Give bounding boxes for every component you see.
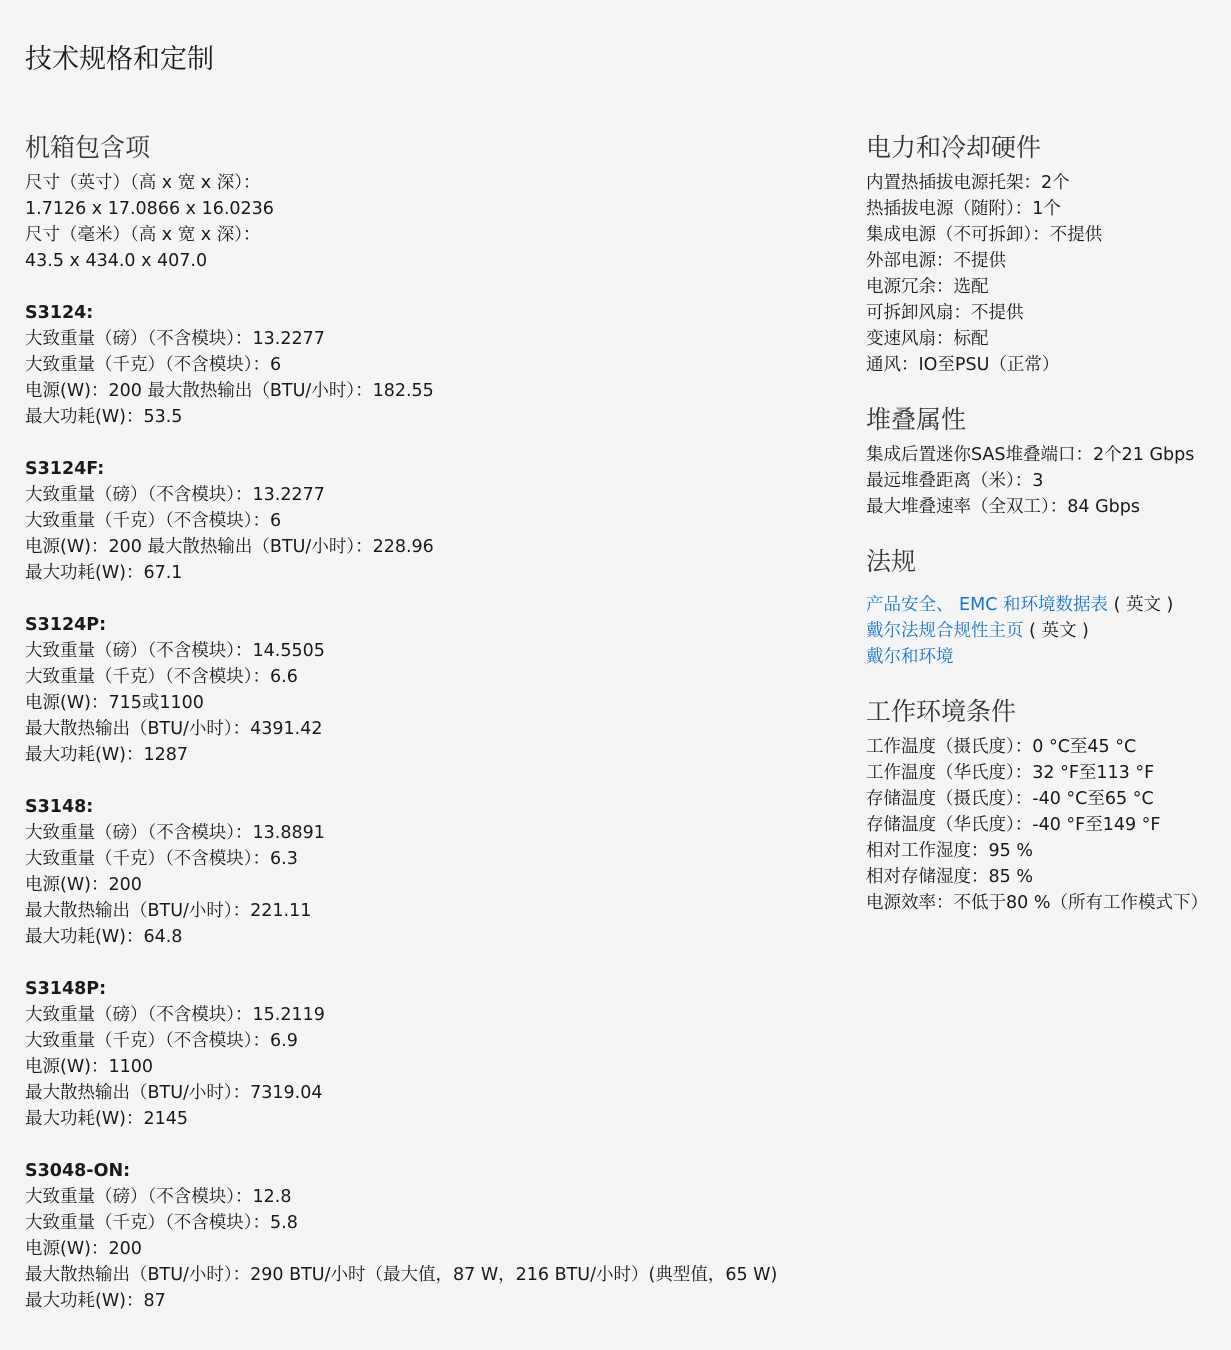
stacking-title: 堆叠属性 bbox=[866, 402, 1231, 438]
model-name: S3048-ON: bbox=[25, 1158, 845, 1184]
page-title: 技术规格和定制 bbox=[25, 40, 214, 80]
dimensions-mm-value: 43.5 x 434.0 x 407.0 bbox=[25, 248, 845, 274]
spec-line: 最大堆叠速率（全双工）：84 Gbps bbox=[866, 494, 1231, 520]
spec-line: 最远堆叠距离（米）：3 bbox=[866, 468, 1231, 494]
dimensions-block: 尺寸（英寸）（高 x 宽 x 深）： 1.7126 x 17.0866 x 16… bbox=[25, 170, 845, 274]
right-column: 电力和冷却硬件 内置热插拔电源托架：2个 热插拔电源（随附）：1个 集成电源（不… bbox=[866, 130, 1231, 940]
spec-line: 最大功耗(W)：67.1 bbox=[25, 560, 845, 586]
dimensions-inch-value: 1.7126 x 17.0866 x 16.0236 bbox=[25, 196, 845, 222]
spec-line: 大致重量（千克）（不含模块）：6.6 bbox=[25, 664, 845, 690]
model-name: S3124P: bbox=[25, 612, 845, 638]
model-s3048-on: S3048-ON: 大致重量（磅）（不含模块）：12.8 大致重量（千克）（不含… bbox=[25, 1158, 845, 1314]
spec-line: 电源(W)：200 bbox=[25, 872, 845, 898]
model-s3148: S3148: 大致重量（磅）（不含模块）：13.8891 大致重量（千克）（不含… bbox=[25, 794, 845, 950]
chassis-column: 机箱包含项 尺寸（英寸）（高 x 宽 x 深）： 1.7126 x 17.086… bbox=[25, 130, 845, 1340]
model-s3148p: S3148P: 大致重量（磅）（不含模块）：15.2119 大致重量（千克）（不… bbox=[25, 976, 845, 1132]
model-s3124p: S3124P: 大致重量（磅）（不含模块）：14.5505 大致重量（千克）（不… bbox=[25, 612, 845, 768]
spec-line: 大致重量（千克）（不含模块）：6.3 bbox=[25, 846, 845, 872]
spec-line: 通风：IO至PSU（正常） bbox=[866, 352, 1231, 378]
spec-line: 电源(W)：715或1100 bbox=[25, 690, 845, 716]
spec-line: 大致重量（磅）（不含模块）：13.8891 bbox=[25, 820, 845, 846]
spec-line: 最大功耗(W)：87 bbox=[25, 1288, 845, 1314]
regulatory-item: 戴尔和环境 bbox=[866, 644, 1231, 670]
spec-line: 大致重量（千克）（不含模块）：6 bbox=[25, 352, 845, 378]
spec-line: 电源(W)：200 最大散热输出（BTU/小时）：228.96 bbox=[25, 534, 845, 560]
environment-section: 工作环境条件 工作温度（摄氏度）：0 °C至45 °C 工作温度（华氏度）：32… bbox=[866, 694, 1231, 916]
language-note: ( 英文 ) bbox=[1108, 595, 1173, 615]
dimensions-inch-label: 尺寸（英寸）（高 x 宽 x 深）： bbox=[25, 170, 845, 196]
spec-line: 最大功耗(W)：64.8 bbox=[25, 924, 845, 950]
language-note: ( 英文 ) bbox=[1024, 621, 1089, 641]
spec-line: 大致重量（磅）（不含模块）：13.2277 bbox=[25, 482, 845, 508]
spec-line: 电源(W)：200 bbox=[25, 1236, 845, 1262]
spec-line: 相对存储湿度：85 % bbox=[866, 864, 1231, 890]
spec-line: 集成电源（不可拆卸）：不提供 bbox=[866, 222, 1231, 248]
spec-line: 工作温度（华氏度）：32 °F至113 °F bbox=[866, 760, 1231, 786]
spec-line: 大致重量（千克）（不含模块）：5.8 bbox=[25, 1210, 845, 1236]
spec-line: 电源(W)：1100 bbox=[25, 1054, 845, 1080]
spec-line: 最大功耗(W)：1287 bbox=[25, 742, 845, 768]
regulatory-item: 产品安全、 EMC 和环境数据表 ( 英文 ) bbox=[866, 592, 1231, 618]
spec-line: 工作温度（摄氏度）：0 °C至45 °C bbox=[866, 734, 1231, 760]
spec-line: 电源冗余：选配 bbox=[866, 274, 1231, 300]
spec-line: 大致重量（磅）（不含模块）：14.5505 bbox=[25, 638, 845, 664]
spec-line: 最大功耗(W)：53.5 bbox=[25, 404, 845, 430]
dimensions-mm-label: 尺寸（毫米）（高 x 宽 x 深）： bbox=[25, 222, 845, 248]
regulatory-item: 戴尔法规合规性主页 ( 英文 ) bbox=[866, 618, 1231, 644]
spec-line: 存储温度（华氏度）：-40 °F至149 °F bbox=[866, 812, 1231, 838]
spec-line: 最大散热输出（BTU/小时）：7319.04 bbox=[25, 1080, 845, 1106]
spec-line: 最大散热输出（BTU/小时）：4391.42 bbox=[25, 716, 845, 742]
environment-title: 工作环境条件 bbox=[866, 694, 1231, 730]
spec-line: 大致重量（千克）（不含模块）：6 bbox=[25, 508, 845, 534]
spec-line: 存储温度（摄氏度）：-40 °C至65 °C bbox=[866, 786, 1231, 812]
spec-line: 变速风扇：标配 bbox=[866, 326, 1231, 352]
model-s3124f: S3124F: 大致重量（磅）（不含模块）：13.2277 大致重量（千克）（不… bbox=[25, 456, 845, 586]
spec-line: 电源效率：不低于80 %（所有工作模式下） bbox=[866, 890, 1231, 916]
chassis-section-title: 机箱包含项 bbox=[25, 130, 845, 166]
spec-line: 最大散热输出（BTU/小时）：221.11 bbox=[25, 898, 845, 924]
dell-environment-link[interactable]: 戴尔和环境 bbox=[866, 647, 954, 667]
dell-regulatory-compliance-link[interactable]: 戴尔法规合规性主页 bbox=[866, 621, 1024, 641]
model-s3124: S3124: 大致重量（磅）（不含模块）：13.2277 大致重量（千克）（不含… bbox=[25, 300, 845, 430]
spec-line: 外部电源：不提供 bbox=[866, 248, 1231, 274]
spec-line: 大致重量（千克）（不含模块）：6.9 bbox=[25, 1028, 845, 1054]
model-name: S3148P: bbox=[25, 976, 845, 1002]
spec-line: 内置热插拔电源托架：2个 bbox=[866, 170, 1231, 196]
power-cooling-title: 电力和冷却硬件 bbox=[866, 130, 1231, 166]
model-name: S3124: bbox=[25, 300, 845, 326]
spec-line: 最大散热输出（BTU/小时）：290 BTU/小时（最大值，87 W，216 B… bbox=[25, 1262, 845, 1288]
regulatory-section: 法规 产品安全、 EMC 和环境数据表 ( 英文 ) 戴尔法规合规性主页 ( 英… bbox=[866, 544, 1231, 670]
product-safety-emc-datasheet-link[interactable]: 产品安全、 EMC 和环境数据表 bbox=[866, 595, 1108, 615]
power-cooling-section: 电力和冷却硬件 内置热插拔电源托架：2个 热插拔电源（随附）：1个 集成电源（不… bbox=[866, 130, 1231, 378]
spec-line: 相对工作湿度：95 % bbox=[866, 838, 1231, 864]
spec-line: 可拆卸风扇：不提供 bbox=[866, 300, 1231, 326]
spec-line: 热插拔电源（随附）：1个 bbox=[866, 196, 1231, 222]
spec-line: 集成后置迷你SAS堆叠端口：2个21 Gbps bbox=[866, 442, 1231, 468]
spec-line: 电源(W)：200 最大散热输出（BTU/小时）：182.55 bbox=[25, 378, 845, 404]
spec-line: 大致重量（磅）（不含模块）：12.8 bbox=[25, 1184, 845, 1210]
spec-line: 大致重量（磅）（不含模块）：15.2119 bbox=[25, 1002, 845, 1028]
spec-line: 大致重量（磅）（不含模块）：13.2277 bbox=[25, 326, 845, 352]
spec-line: 最大功耗(W)：2145 bbox=[25, 1106, 845, 1132]
model-name: S3124F: bbox=[25, 456, 845, 482]
regulatory-title: 法规 bbox=[866, 544, 1231, 580]
model-name: S3148: bbox=[25, 794, 845, 820]
stacking-section: 堆叠属性 集成后置迷你SAS堆叠端口：2个21 Gbps 最远堆叠距离（米）：3… bbox=[866, 402, 1231, 520]
